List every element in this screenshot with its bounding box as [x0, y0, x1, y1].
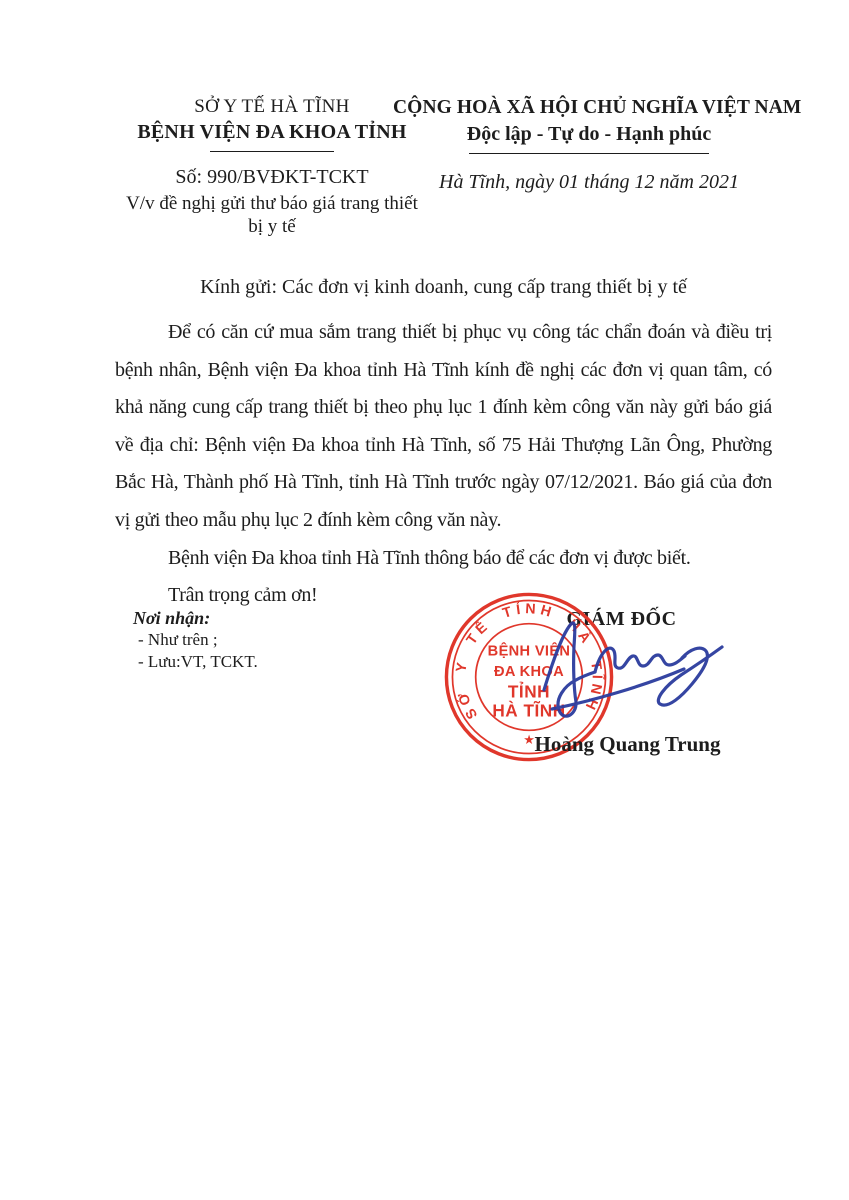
place-and-date: Hà Tĩnh, ngày 01 tháng 12 năm 2021 — [393, 171, 785, 195]
national-title: CỘNG HOÀ XÃ HỘI CHỦ NGHĨA VIỆT NAM — [393, 96, 785, 119]
recipients-label: Nơi nhận: — [133, 608, 258, 629]
org-underline — [210, 151, 334, 152]
signature-stroke — [595, 648, 685, 672]
director-signature — [532, 612, 728, 728]
recipient-item: - Lưu:VT, TCKT. — [138, 651, 258, 673]
motto-underline — [469, 153, 709, 154]
document-page: SỞ Y TẾ HÀ TĨNH BỆNH VIỆN ĐA KHOA TỈNH S… — [0, 0, 849, 1200]
national-motto: Độc lập - Tự do - Hạnh phúc — [393, 123, 785, 147]
letterhead-issuer: SỞ Y TẾ HÀ TĨNH BỆNH VIỆN ĐA KHOA TỈNH S… — [118, 96, 426, 238]
letterhead-national: CỘNG HOÀ XÃ HỘI CHỦ NGHĨA VIỆT NAM Độc l… — [393, 96, 785, 194]
document-subject: V/v đề nghị gửi thư báo giá trang thiết … — [123, 192, 421, 238]
org-name: BỆNH VIỆN ĐA KHOA TỈNH — [118, 121, 426, 145]
recipients-block: Nơi nhận: - Như trên ; - Lưu:VT, TCKT. — [133, 608, 258, 673]
signer-name: Hoàng Quang Trung — [510, 732, 745, 757]
body-paragraph: Bệnh viện Đa khoa tỉnh Hà Tĩnh thông báo… — [115, 540, 772, 578]
parent-org-name: SỞ Y TẾ HÀ TĨNH — [118, 96, 426, 118]
document-body: Để có căn cứ mua sắm trang thiết bị phục… — [115, 314, 772, 615]
document-number: Số: 990/BVĐKT-TCKT — [118, 166, 426, 190]
salutation-line: Kính gửi: Các đơn vị kinh doanh, cung cấ… — [115, 276, 772, 299]
body-paragraph: Để có căn cứ mua sắm trang thiết bị phục… — [115, 314, 772, 540]
recipient-item: - Như trên ; — [138, 629, 258, 651]
